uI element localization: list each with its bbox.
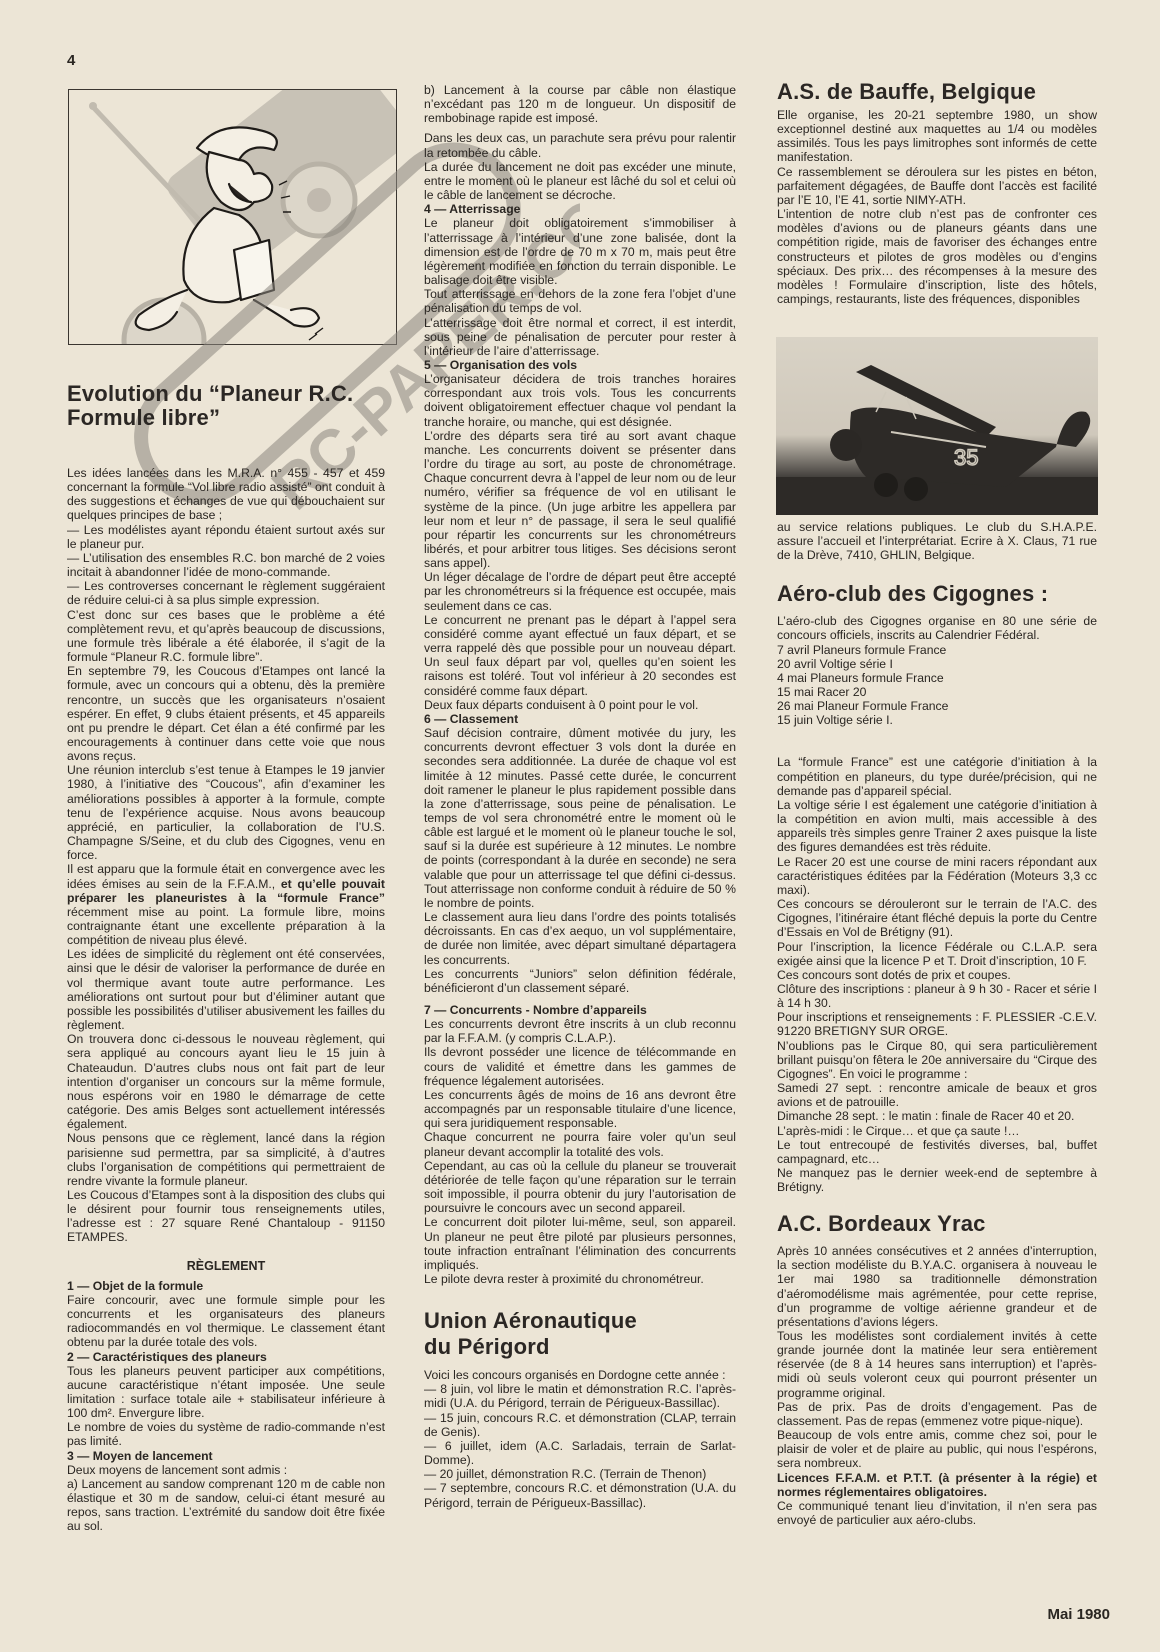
page-number: 4 <box>67 52 75 69</box>
paragraph: La voltige série I est également une cat… <box>777 798 1097 855</box>
paragraph: Pour inscriptions et renseignements : F.… <box>777 1010 1097 1038</box>
paragraph: Dimanche 28 sept. : le matin : finale de… <box>777 1109 1097 1123</box>
paragraph: Deux moyens de lancement sont admis : <box>67 1463 385 1477</box>
paragraph: — L’utilisation des ensembles R.C. bon m… <box>67 551 385 579</box>
cartoon-runner-icon <box>69 90 397 345</box>
list-item: 4 mai Planeurs formule France <box>777 671 1097 685</box>
article-title-bauffe: A.S. de Bauffe, Belgique <box>777 80 1036 104</box>
title-line-2: du Périgord <box>424 1334 736 1360</box>
column-3-top: Elle organise, les 20-21 septembre 1980,… <box>777 108 1097 306</box>
paragraph: Pour l’inscription, la licence Fédérale … <box>777 940 1097 968</box>
section-heading: 2 — Caractéristiques des planeurs <box>67 1350 385 1364</box>
list-item: 20 avril Voltige série I <box>777 657 1097 671</box>
paragraph: L’après-midi : le Cirque… et que ça saut… <box>777 1124 1097 1138</box>
biplane-photo: 35 <box>776 337 1098 515</box>
title-line-1: Union Aéronautique <box>424 1308 736 1334</box>
paragraph: L’ordre des départs sera tiré au sort av… <box>424 429 736 571</box>
paragraph: a) Lancement au sandow comprenant 120 m … <box>67 1477 385 1534</box>
section-heading: 1 — Objet de la formule <box>67 1279 385 1293</box>
paragraph: Les concurrents “Juniors” selon définiti… <box>424 967 736 995</box>
paragraph: Nous pensons que ce règlement, lancé dan… <box>67 1131 385 1188</box>
paragraph: Le tout entrecoupé de festivités diverse… <box>777 1138 1097 1166</box>
paragraph: Après 10 années consécutives et 2 années… <box>777 1244 1097 1329</box>
paragraph: Une réunion interclub s’est tenue à Etam… <box>67 763 385 862</box>
paragraph: Tout atterrissage en dehors de la zone f… <box>424 287 736 315</box>
paragraph: Samedi 27 sept. : rencontre amicale de b… <box>777 1081 1097 1109</box>
paragraph: Ne manquez pas le dernier week-end de se… <box>777 1166 1097 1194</box>
paragraph: Deux faux départs conduisent à 0 point p… <box>424 698 736 712</box>
paragraph: L’intention de notre club n’est pas de c… <box>777 207 1097 306</box>
paragraph: La durée du lancement ne doit pas excéde… <box>424 160 736 202</box>
paragraph: Ces concours se dérouleront sur le terra… <box>777 897 1097 939</box>
cartoon-illustration <box>68 89 397 345</box>
event-list: 7 avril Planeurs formule France 20 avril… <box>777 643 1097 728</box>
section-heading: 6 — Classement <box>424 712 736 726</box>
title-line-1: Evolution du “Planeur R.C. <box>67 382 397 406</box>
article-title-union: Union Aéronautique du Périgord <box>424 1308 736 1360</box>
paragraph: b) Lancement à la course par câble non é… <box>424 83 736 125</box>
paragraph: Chaque concurrent ne pourra faire voler … <box>424 1130 736 1158</box>
paragraph: Elle organise, les 20-21 septembre 1980,… <box>777 108 1097 165</box>
paragraph: Le planeur doit obligatoirement s’immobi… <box>424 216 736 287</box>
footer-date: Mai 1980 <box>1047 1606 1110 1623</box>
paragraph: Tous les planeurs peuvent participer aux… <box>67 1364 385 1421</box>
paragraph: Cependant, au cas où la cellule du plane… <box>424 1159 736 1216</box>
reglement-heading: RÈGLEMENT <box>67 1259 385 1273</box>
paragraph: C’est donc sur ces bases que le problème… <box>67 608 385 665</box>
paragraph: Ils devront posséder une licence de télé… <box>424 1045 736 1087</box>
section-heading: 3 — Moyen de lancement <box>67 1449 385 1463</box>
paragraph: Les concurrents devront être inscrits à … <box>424 1017 736 1045</box>
paragraph: au service relations publiques. Le club … <box>777 520 1097 562</box>
paragraph: Le concurrent doit piloter lui-même, seu… <box>424 1215 736 1272</box>
column-1: Les idées lancées dans les M.R.A. n° 455… <box>67 466 385 1534</box>
paragraph: — Les controverses concernant le règleme… <box>67 579 385 607</box>
paragraph: L’atterrissage doit être normal et corre… <box>424 316 736 358</box>
paragraph: Dans les deux cas, un parachute sera pré… <box>424 131 736 159</box>
list-item: — 8 juin, vol libre le matin et démonstr… <box>424 1382 736 1410</box>
paragraph: L’organisateur décidera de trois tranche… <box>424 372 736 429</box>
paragraph: On trouvera donc ci-dessous le nouveau r… <box>67 1032 385 1131</box>
paragraph: Faire concourir, avec une formule simple… <box>67 1293 385 1350</box>
list-item: — 6 juillet, idem (A.C. Sarladais, terra… <box>424 1439 736 1467</box>
list-item: — 15 juin, concours R.C. et démonstratio… <box>424 1411 736 1439</box>
column-2: b) Lancement à la course par câble non é… <box>424 83 736 1510</box>
list-item: 26 mai Planeur Formule France <box>777 699 1097 713</box>
title-line-2: Formule libre” <box>67 406 397 430</box>
paragraph: Les concurrents âgés de moins de 16 ans … <box>424 1088 736 1130</box>
article-title-bordeaux: A.C. Bordeaux Yrac <box>777 1212 1097 1236</box>
bold-notice: Licences F.F.A.M. et P.T.T. (à présenter… <box>777 1471 1097 1499</box>
section-heading: 7 — Concurrents - Nombre d’appareils <box>424 1003 736 1017</box>
list-item: 7 avril Planeurs formule France <box>777 643 1097 657</box>
biplane-icon: 35 <box>776 337 1098 515</box>
section-heading: 4 — Atterrissage <box>424 202 736 216</box>
paragraph: La “formule France” est une catégorie d’… <box>777 755 1097 797</box>
paragraph: Tous les modélistes sont cordialement in… <box>777 1329 1097 1400</box>
paragraph: Pas de prix. Pas de droits d’engagement.… <box>777 1400 1097 1428</box>
paragraph: Le nombre de voies du système de radio-c… <box>67 1420 385 1448</box>
paragraph: L’aéro-club des Cigognes organise en 80 … <box>777 614 1097 642</box>
paragraph: Beaucoup de vols entre amis, comme chez … <box>777 1428 1097 1470</box>
paragraph: Ce rassemblement se déroulera sur les pi… <box>777 165 1097 207</box>
list-item: 15 juin Voltige série I. <box>777 713 1097 727</box>
paragraph: Le pilote devra rester à proximité du ch… <box>424 1272 736 1286</box>
paragraph: Ces concours sont dotés de prix et coupe… <box>777 968 1097 982</box>
paragraph: Clôture des inscriptions : planeur à 9 h… <box>777 982 1097 1010</box>
paragraph: Le Racer 20 est une course de mini racer… <box>777 855 1097 897</box>
paragraph: Le concurrent ne prenant pas le départ à… <box>424 613 736 698</box>
article-title-evolution: Evolution du “Planeur R.C. Formule libre… <box>67 382 397 430</box>
list-item: 15 mai Racer 20 <box>777 685 1097 699</box>
paragraph: — Les modélistes ayant répondu étaient s… <box>67 523 385 551</box>
paragraph: N’oublions pas le Cirque 80, qui sera pa… <box>777 1039 1097 1081</box>
text-run: récemment mise au point. La formule libr… <box>67 905 385 947</box>
section-heading: 5 — Organisation des vols <box>424 358 736 372</box>
paragraph: Un léger décalage de l’ordre de départ p… <box>424 570 736 612</box>
column-3-bottom: au service relations publiques. Le club … <box>777 520 1097 1527</box>
list-item: — 20 juillet, démonstration R.C. (Terrai… <box>424 1467 736 1481</box>
paragraph: Les idées de simplicité du règlement ont… <box>67 947 385 1032</box>
paragraph-convergence: Il est apparu que la formule était en co… <box>67 862 385 947</box>
paragraph: Sauf décision contraire, dûment motivée … <box>424 726 736 910</box>
paragraph: Le classement aura lieu dans l’ordre des… <box>424 910 736 967</box>
paragraph: Les idées lancées dans les M.R.A. n° 455… <box>67 466 385 523</box>
list-item: — 7 septembre, concours R.C. et démonstr… <box>424 1481 736 1509</box>
paragraph: Voici les concours organisés en Dordogne… <box>424 1368 736 1382</box>
paragraph: En septembre 79, les Coucous d’Etampes o… <box>67 664 385 763</box>
paragraph: Les Coucous d’Etampes sont à la disposit… <box>67 1188 385 1245</box>
plane-marking: 35 <box>954 445 978 470</box>
article-title-cigognes: Aéro-club des Cigognes : <box>777 582 1097 606</box>
paragraph: Ce communiqué tenant lieu d’invitation, … <box>777 1499 1097 1527</box>
